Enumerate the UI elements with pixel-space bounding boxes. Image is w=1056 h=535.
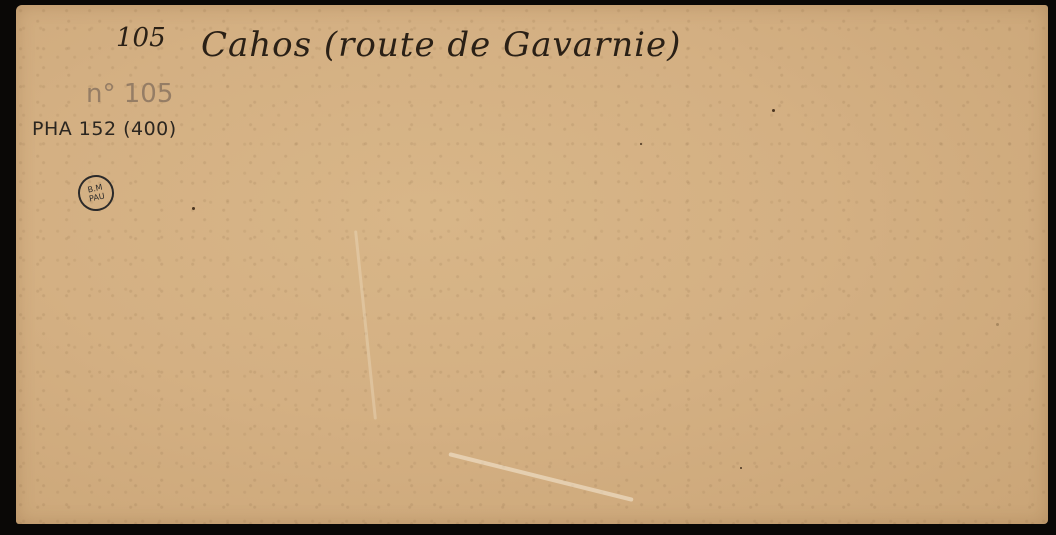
handwritten-number: 105 (116, 23, 166, 53)
paper-speck (772, 109, 775, 112)
paper-speck (640, 143, 642, 145)
paper-speck (740, 467, 742, 469)
paper-speck (996, 323, 999, 326)
handwritten-title: Cahos (route de Gavarnie) (201, 25, 681, 65)
library-stamp: B.M PAU (75, 172, 118, 215)
paper-scuff (448, 452, 633, 502)
paper-speck (192, 207, 195, 210)
archival-card: 105 Cahos (route de Gavarnie) n° 105 PHA… (16, 5, 1048, 524)
pencil-number: n° 105 (86, 79, 173, 109)
shelfmark-label: PHA 152 (400) (32, 118, 177, 140)
paper-scuff (354, 230, 377, 419)
